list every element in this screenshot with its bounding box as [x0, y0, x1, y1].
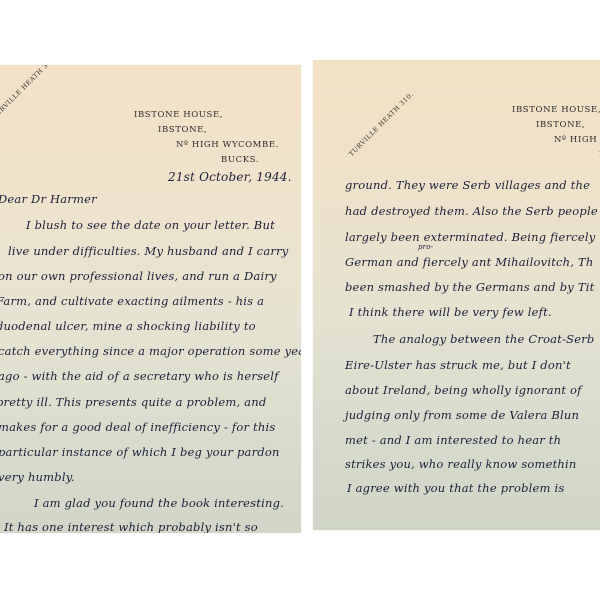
letter-line: met - and I am interested to hear th [345, 433, 561, 447]
letter-line: Eire-Ulster has struck me, but I don't [345, 358, 571, 372]
salutation: Dear Dr Harmer [0, 192, 97, 206]
letterhead-line: BUCKS. [134, 153, 279, 168]
letterhead-line: IBSTONE, [134, 123, 279, 138]
letterhead-line: IBSTONE HOUSE, [512, 103, 600, 118]
letterhead-address: IBSTONE HOUSE, IBSTONE, Nº HIGH WYCOMBE.… [134, 108, 279, 168]
letterhead-line: Nº HIGH WYCOMBE. [134, 138, 279, 153]
letter-line: ground. They were Serb villages and the [345, 178, 590, 192]
letter-line: I agree with you that the problem is [347, 481, 565, 495]
letter-line: I am glad you found the book interesting… [34, 496, 284, 510]
letter-line: I blush to see the date on your letter. … [26, 218, 275, 232]
letter-page-right: TURVILLE HEATH 310. IBSTONE HOUSE, IBSTO… [313, 60, 600, 530]
letter-line: It has one interest which probably isn't… [4, 520, 258, 533]
letterhead-line: Nº HIGH WYCOMBE. [512, 133, 600, 148]
letterhead-phone: TURVILLE HEATH 310 [0, 65, 56, 121]
letter-line: live under difficulties. My husband and … [8, 244, 288, 258]
letterhead-line: IBSTONE, [512, 118, 600, 133]
letter-line: The analogy between the Croat-Serb [373, 332, 595, 346]
letter-line: I think there will be very few left. [349, 305, 552, 319]
letter-line: had destroyed them. Also the Serb people [345, 204, 598, 218]
letter-line: catch everything since a major operation… [0, 344, 301, 358]
letter-line: pretty ill. This presents quite a proble… [0, 395, 266, 409]
letter-page-left: TURVILLE HEATH 310 IBSTONE HOUSE, IBSTON… [0, 65, 301, 533]
letter-line: strikes you, who really know somethin [345, 457, 577, 471]
letter-line: judging only from some de Valera Blun [345, 408, 579, 422]
letterhead-phone: TURVILLE HEATH 310. [347, 90, 415, 158]
letterhead-address: IBSTONE HOUSE, IBSTONE, Nº HIGH WYCOMBE.… [512, 103, 600, 163]
letter-line: makes for a good deal of inefficiency - … [0, 420, 275, 434]
letter-line: German and fiercely ant Mihailovitch, Th [345, 255, 593, 269]
letter-line: on our own professional lives, and run a… [0, 269, 277, 283]
letter-line: been smashed by the Germans and by Tit [345, 280, 594, 294]
letter-line: largely been exterminated. Being fiercel… [345, 230, 595, 244]
letter-line: particular instance of which I beg your … [0, 445, 280, 459]
letter-date: 21st October, 1944. [168, 170, 292, 184]
letterhead-line: IBSTONE HOUSE, [134, 108, 279, 123]
letterhead-line: BUCKS. [512, 148, 600, 163]
letter-line: very humbly. [0, 470, 75, 484]
letter-line: about Ireland, being wholly ignorant of [345, 383, 582, 397]
letter-line: Farm, and cultivate exacting ailments - … [0, 294, 264, 308]
letter-line: ago - with the aid of a secretary who is… [0, 369, 279, 383]
letter-line: duodenal ulcer, mine a shocking liabilit… [0, 319, 256, 333]
insertion-mark: pro- [418, 243, 433, 251]
